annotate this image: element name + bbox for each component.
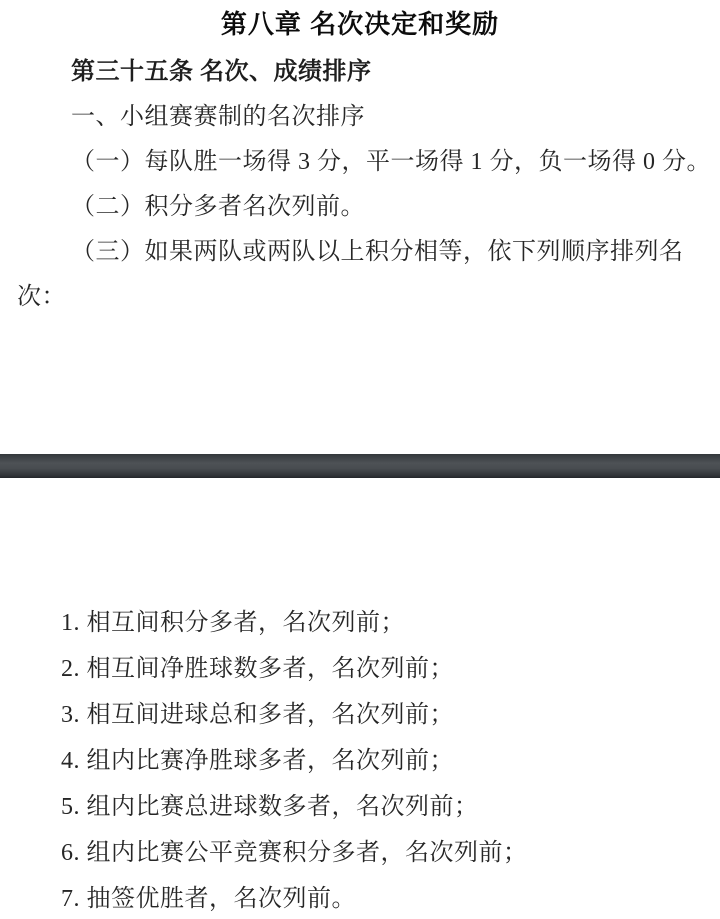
page-separator <box>0 454 720 478</box>
list-item: 2. 相互间净胜球数多者，名次列前； <box>61 654 454 684</box>
paragraph-line: （三）如果两队或两队以上积分相等，依下列顺序排列名 <box>71 237 684 267</box>
document-viewer: 第八章 名次决定和奖励 第三十五条 名次、成绩排序 一、小组赛赛制的名次排序 （… <box>0 0 720 919</box>
article-heading: 第三十五条 名次、成绩排序 <box>71 57 372 87</box>
list-item: 6. 组内比赛公平竞赛积分多者，名次列前； <box>61 838 528 868</box>
paragraph-line: （一）每队胜一场得 3 分，平一场得 1 分，负一场得 0 分。 <box>71 147 711 177</box>
list-item: 1. 相互间积分多者，名次列前； <box>61 608 405 638</box>
paragraph-line: （二）积分多者名次列前。 <box>71 192 365 222</box>
paragraph-wrapped-line: 次： <box>17 282 66 312</box>
page-2: 1. 相互间积分多者，名次列前； 2. 相互间净胜球数多者，名次列前； 3. 相… <box>0 478 720 919</box>
list-item: 7. 抽签优胜者，名次列前。 <box>61 884 356 914</box>
page-1: 第八章 名次决定和奖励 第三十五条 名次、成绩排序 一、小组赛赛制的名次排序 （… <box>0 0 720 454</box>
list-item: 4. 组内比赛净胜球多者，名次列前； <box>61 746 454 776</box>
list-item: 3. 相互间进球总和多者，名次列前； <box>61 700 454 730</box>
list-item: 5. 组内比赛总进球数多者，名次列前； <box>61 792 479 822</box>
paragraph-line: 一、小组赛赛制的名次排序 <box>71 102 365 132</box>
chapter-title: 第八章 名次决定和奖励 <box>0 8 720 40</box>
